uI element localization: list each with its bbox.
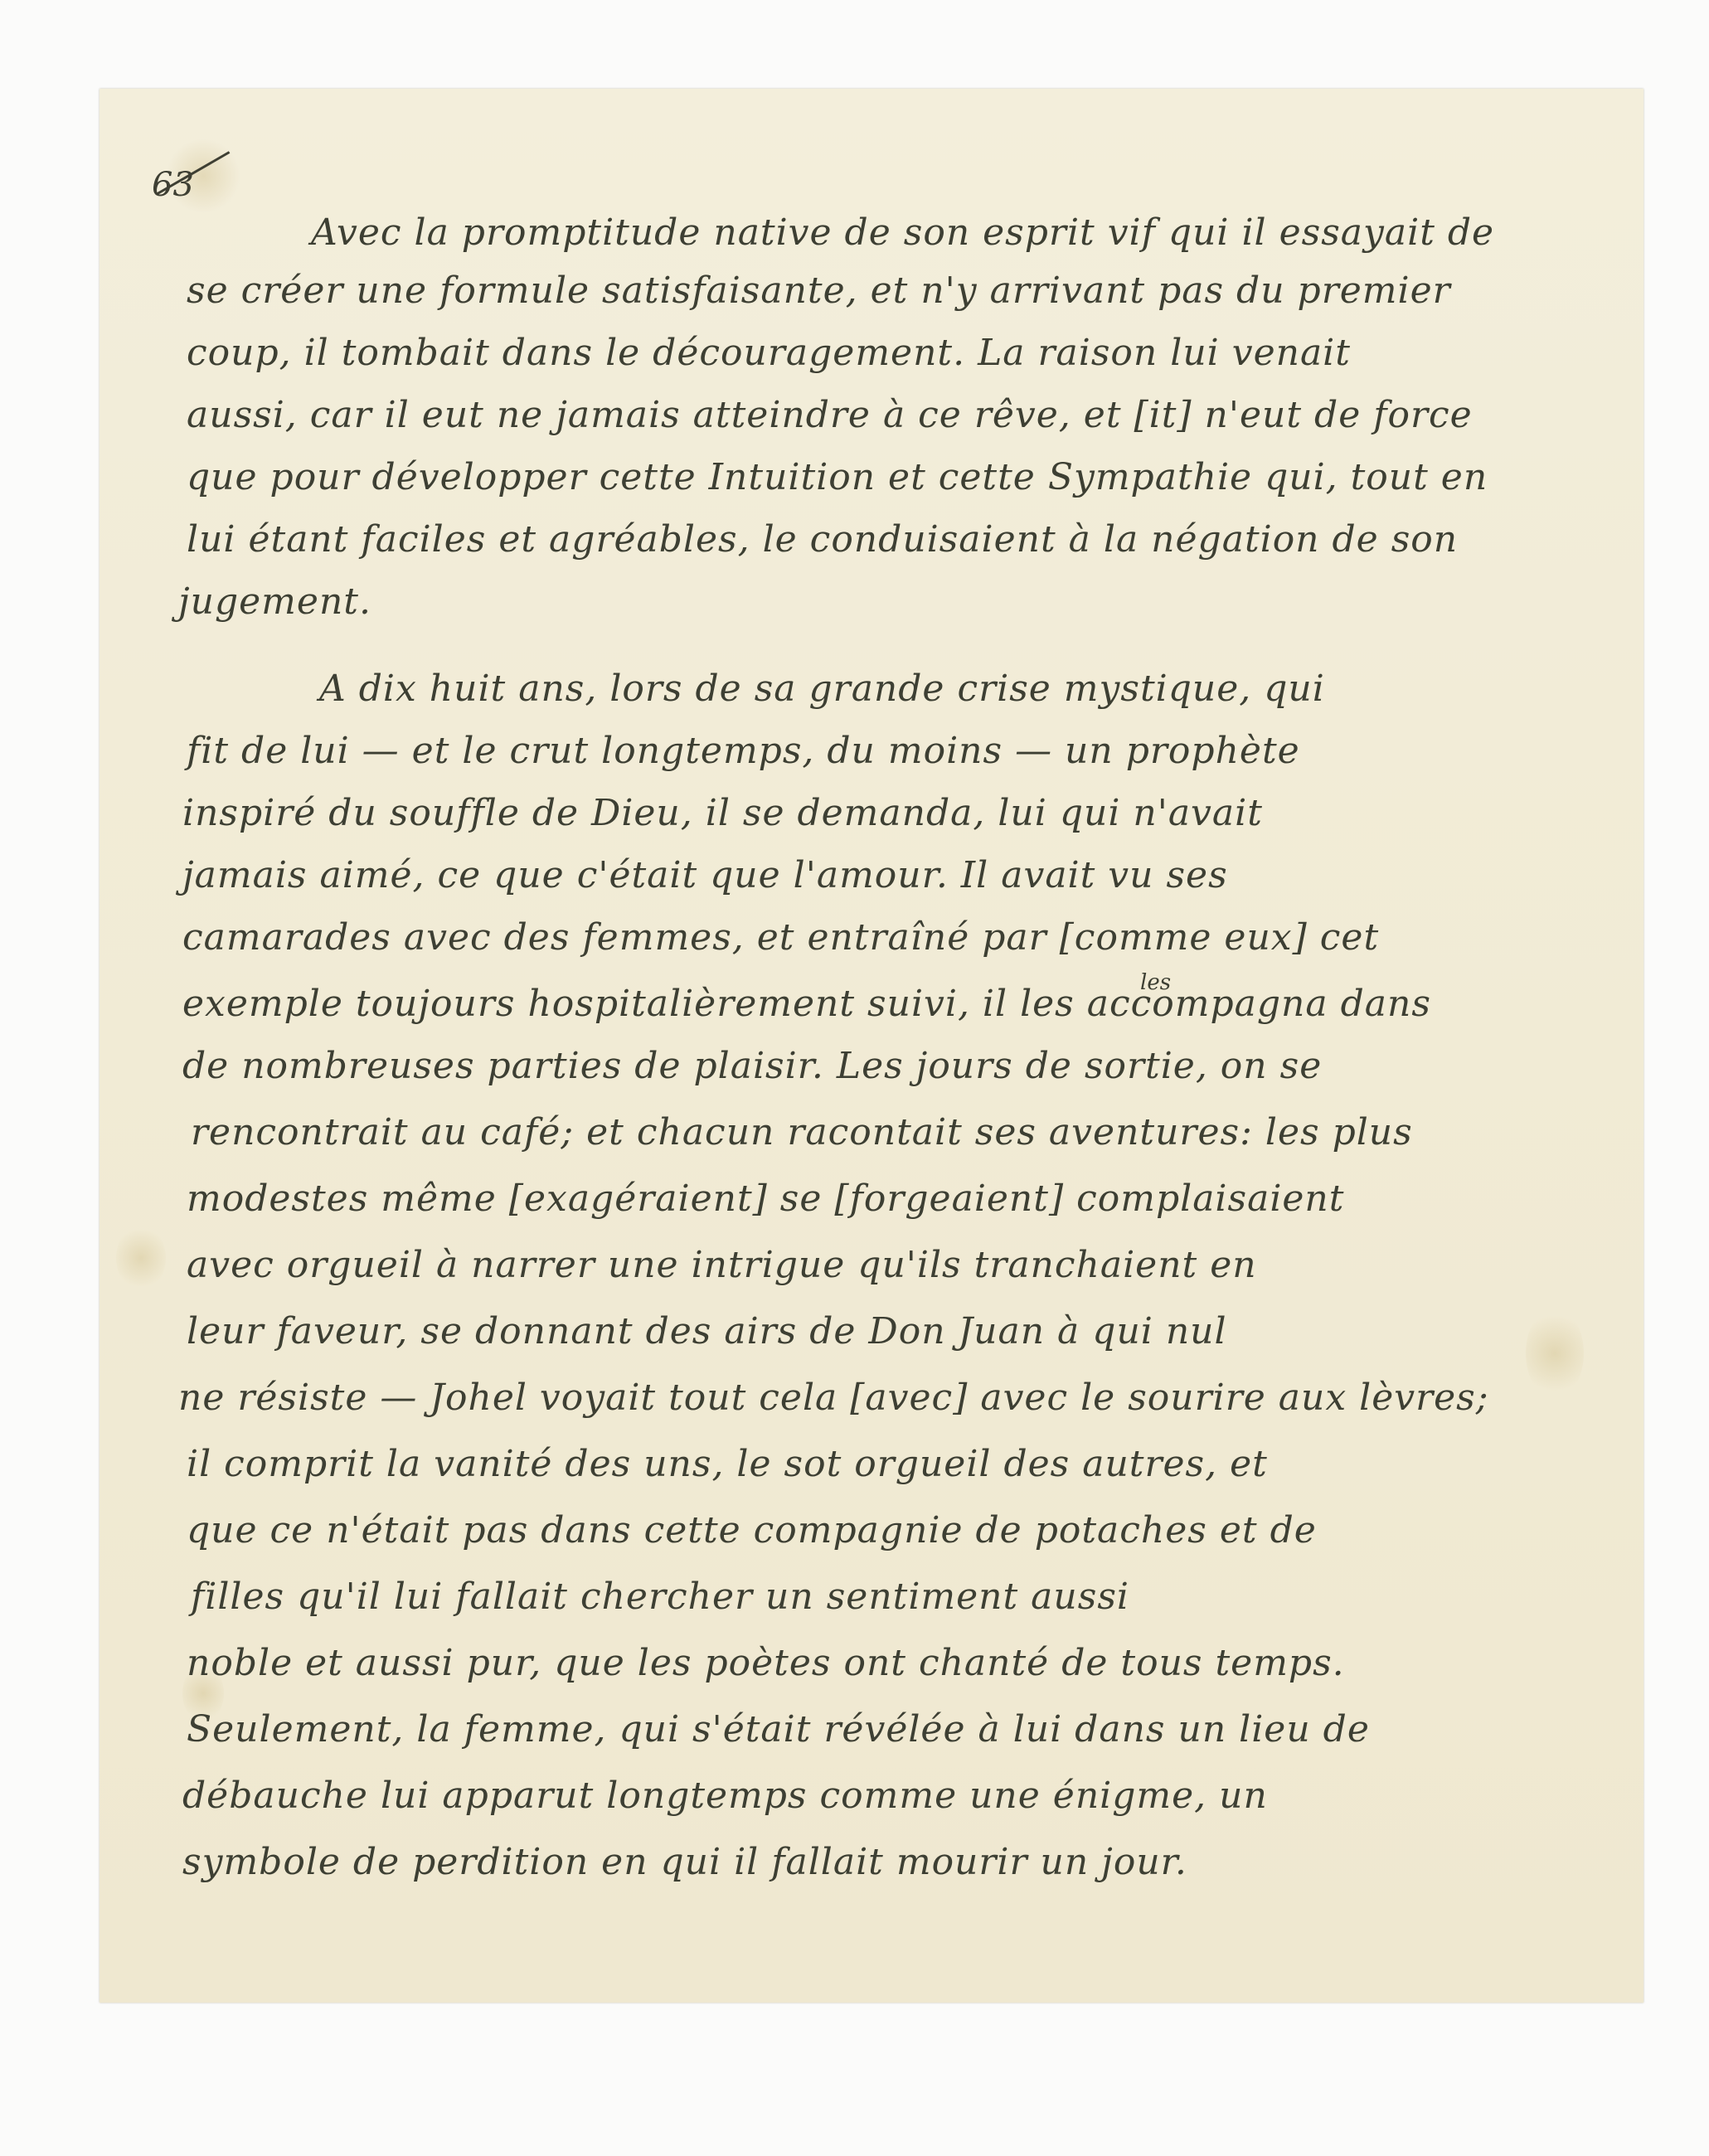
manuscript-line: inspiré du souffle de Dieu, il se demand… — [182, 792, 1263, 834]
manuscript-line: jugement. — [178, 580, 371, 623]
manuscript-line: symbole de perdition en qui il fallait m… — [182, 1841, 1187, 1883]
manuscript-line: filles qu'il lui fallait chercher un sen… — [191, 1576, 1129, 1618]
manuscript-line: ne résiste — Johel voyait tout cela [ave… — [178, 1377, 1489, 1419]
manuscript-line: débauche lui apparut longtemps comme une… — [182, 1775, 1268, 1817]
manuscript-line: que ce n'était pas dans cette compagnie … — [187, 1509, 1317, 1551]
manuscript-line: aussi, car il eut ne jamais atteindre à … — [187, 394, 1473, 436]
paper-stain — [1526, 1308, 1584, 1399]
manuscript-line: fit de lui — et le crut longtemps, du mo… — [187, 730, 1300, 772]
manuscript-line: modestes même [exagéraient] se [forgeaie… — [187, 1178, 1344, 1220]
manuscript-line: lui étant faciles et agréables, le condu… — [187, 518, 1458, 561]
manuscript-line: Seulement, la femme, qui s'était révélée… — [187, 1708, 1370, 1751]
manuscript-line: Avec la promptitude native de son esprit… — [311, 211, 1494, 254]
paper-stain — [116, 1225, 166, 1291]
manuscript-line: noble et aussi pur, que les poètes ont c… — [187, 1642, 1345, 1684]
manuscript-line: il comprit la vanité des uns, le sot org… — [187, 1443, 1268, 1485]
manuscript-line: se créer une formule satisfaisante, et n… — [187, 269, 1451, 312]
manuscript-line: leur faveur, se donnant des airs de Don … — [187, 1310, 1227, 1352]
manuscript-line: de nombreuses parties de plaisir. Les jo… — [182, 1045, 1322, 1087]
manuscript-line: exemple toujours hospitalièrement suivi,… — [182, 983, 1431, 1025]
manuscript-line: coup, il tombait dans le découragement. … — [187, 332, 1351, 374]
manuscript-line: avec orgueil à narrer une intrigue qu'il… — [187, 1244, 1257, 1286]
manuscript-line: rencontrait au café; et chacun racontait… — [191, 1111, 1413, 1153]
manuscript-line: A dix huit ans, lors de sa grande crise … — [319, 668, 1325, 710]
manuscript-line: que pour développer cette Intuition et c… — [187, 456, 1488, 498]
manuscript-line: jamais aimé, ce que c'était que l'amour.… — [182, 854, 1228, 896]
manuscript-line: camarades avec des femmes, et entraîné p… — [182, 916, 1379, 959]
